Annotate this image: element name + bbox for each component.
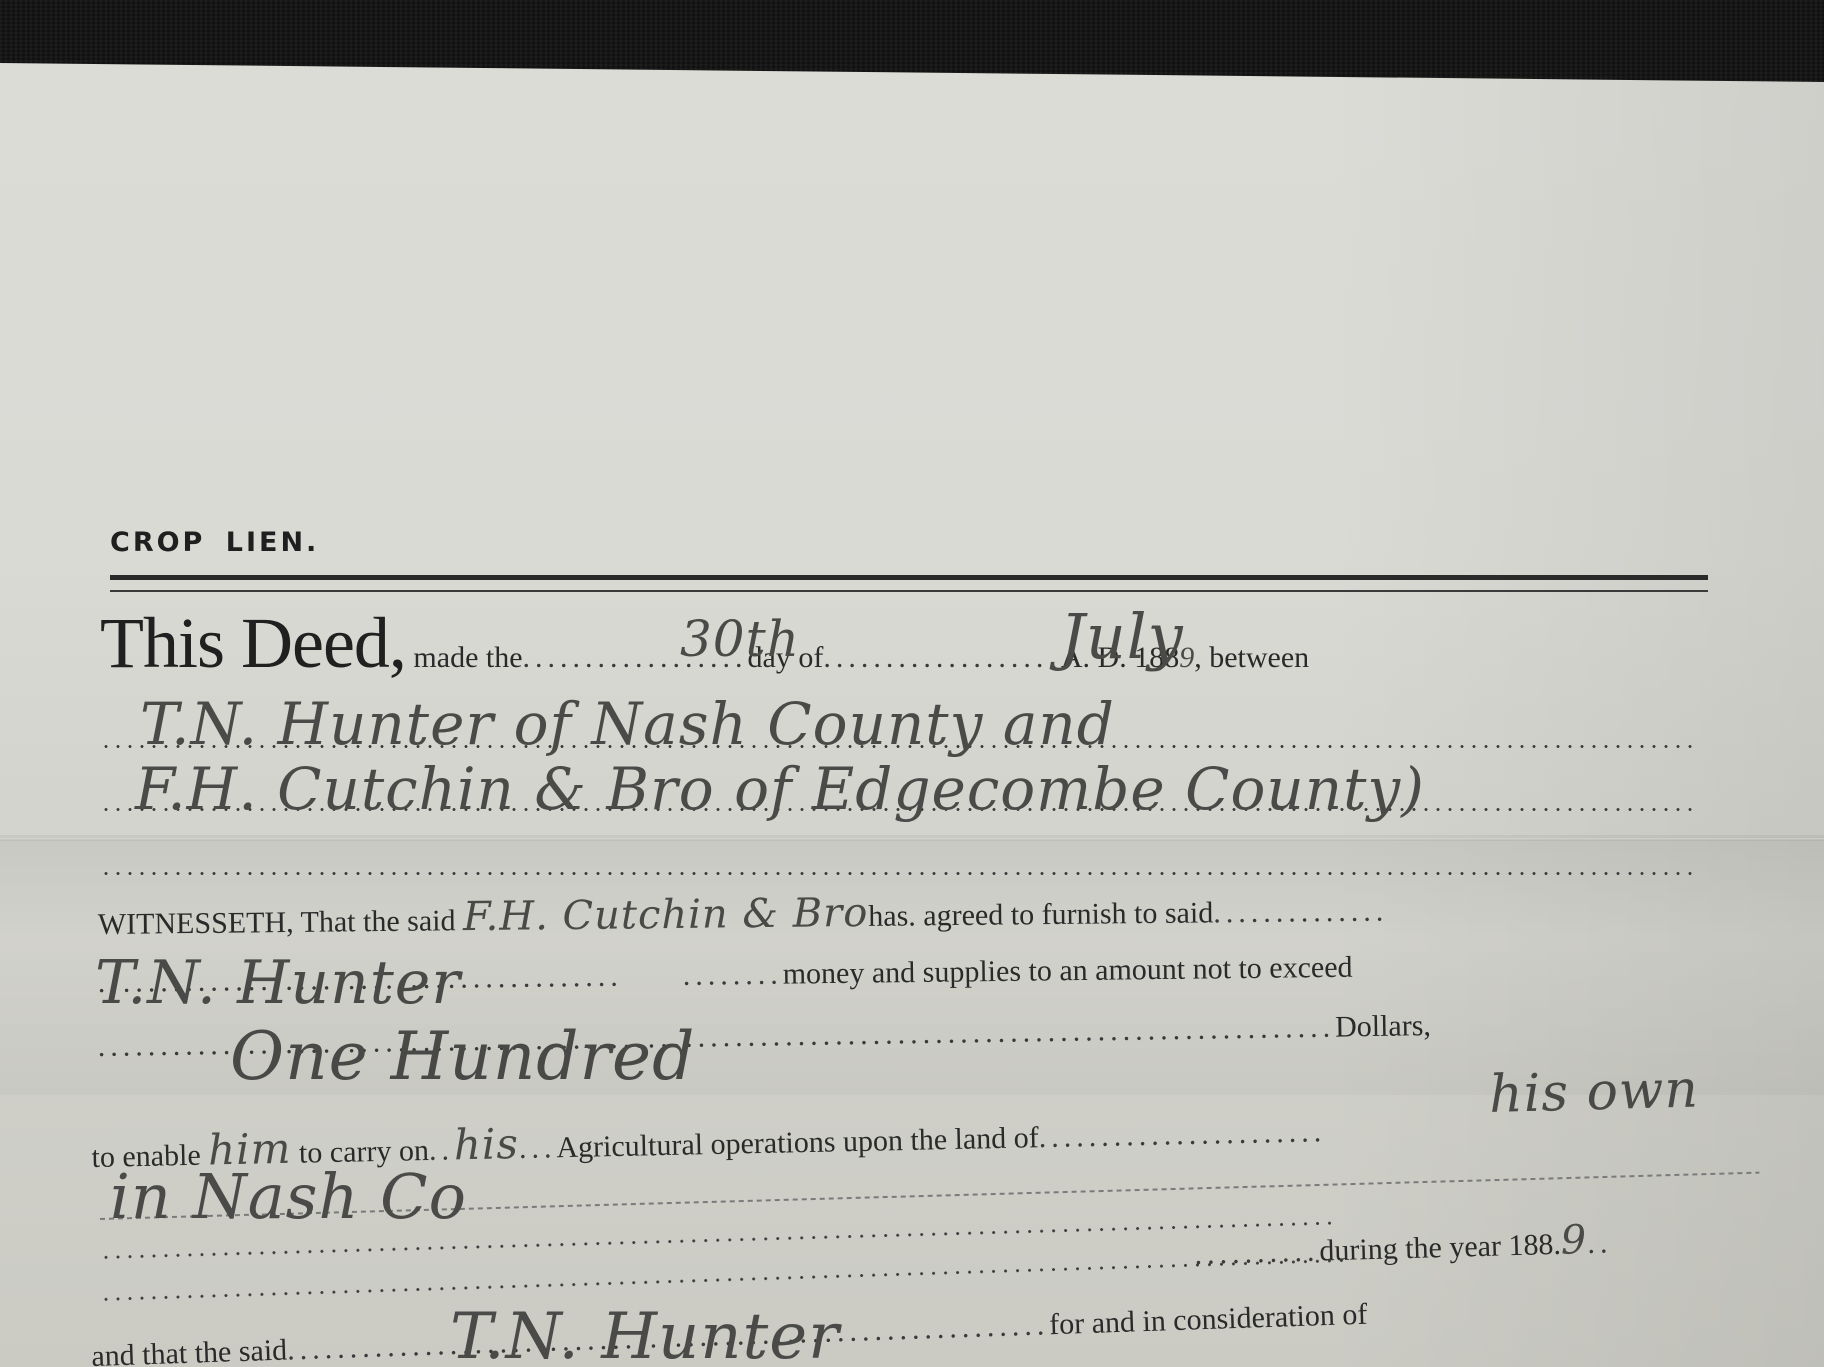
- witnesseth-label: WITNESSETH,: [98, 906, 294, 941]
- fold-crease: [0, 838, 1824, 841]
- money-line: ........................................…: [98, 951, 1353, 1000]
- deed-heading: This Deed,: [100, 603, 406, 683]
- and-that-said-label: and that the said: [91, 1334, 288, 1367]
- day-value-handwritten: 30th: [680, 610, 800, 668]
- said-handwritten: T.N. Hunter: [450, 1300, 840, 1367]
- agricultural-label: Agricultural operations upon the land of: [556, 1121, 1039, 1164]
- dollars-label: Dollars,: [1335, 1009, 1431, 1044]
- title-rule-thin: [110, 590, 1708, 592]
- paper-shadow: [1324, 0, 1824, 1367]
- amount-handwritten: One Hundred: [230, 1018, 695, 1095]
- during-year-label: during the year 188.: [1319, 1228, 1561, 1268]
- agreed-label: . agreed to furnish to said: [908, 896, 1213, 932]
- during-year-handwritten: 9: [1560, 1217, 1588, 1264]
- title-rule-thick: [110, 575, 1708, 580]
- between-label: , between: [1194, 641, 1309, 674]
- party-line-2-handwritten: F.H. Cutchin & Bro of Edgecombe County): [135, 755, 1425, 823]
- month-value-handwritten: July: [1060, 600, 1184, 673]
- party-line-3-dots: [100, 872, 1700, 875]
- money-supplies-label: money and supplies to an amount not to e…: [783, 951, 1353, 991]
- recipient-handwritten: T.N. Hunter: [95, 948, 461, 1018]
- document-paper: CROP LIEN. This Deed, made the..........…: [0, 0, 1824, 1367]
- amount-line: ........................................…: [97, 1009, 1431, 1064]
- has-label: has: [868, 900, 908, 933]
- furnisher-handwritten: F.H. Cutchin & Bro: [463, 890, 869, 940]
- document-title: CROP LIEN.: [110, 527, 319, 558]
- land-handwritten: his own: [1488, 1060, 1699, 1125]
- made-the-label: made the: [413, 641, 522, 674]
- location-handwritten: in Nash Co: [110, 1160, 467, 1233]
- that-the-said-label: That the said: [300, 904, 455, 939]
- consideration-label: for and in consideration of: [1049, 1298, 1368, 1342]
- witnesseth-line: WITNESSETH, That the said F.H. Cutchin &…: [98, 884, 1389, 944]
- party-line-1-handwritten: T.N. Hunter of Nash County and: [140, 690, 1115, 758]
- blank-dot-line: [100, 1259, 1349, 1301]
